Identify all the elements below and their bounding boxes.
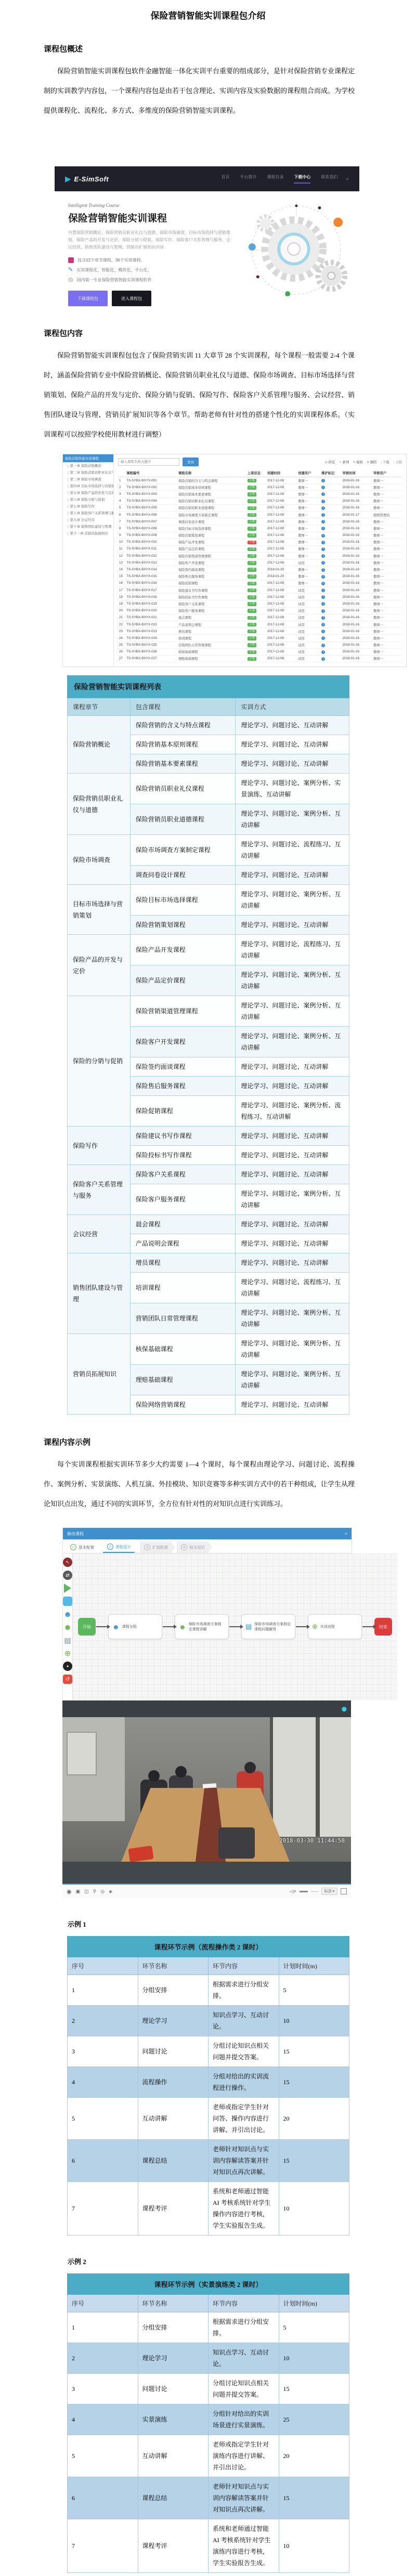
table-row: 2 理论学习 知识点学习、互动讨论。 10 (68, 2343, 349, 2374)
status-badge: 上架 (248, 630, 256, 634)
column-header: 创建用户 (297, 469, 320, 477)
column-header: 上架状态 (246, 469, 266, 477)
flow-arrow (163, 1626, 174, 1627)
content-paragraph: 保险营销智能实训课程包包含了保险营销实训 11 大章节 28 个实训课程，每个课… (44, 346, 355, 444)
chapter-cell: 会议经营 (68, 1215, 131, 1253)
course-name: 保险客户关系课程 (177, 600, 246, 607)
course-code: TS-SYBX-BXYX-015 (125, 573, 177, 580)
status-badge: 上架 (248, 595, 256, 599)
chapter-tree: 保险营销智能实训课程 ▯第一章 保险营销概论▯第二章 保险营销员职业礼仪与道德▯… (63, 454, 114, 666)
course-row[interactable]: 23 TS-SYBX-BXYX-023 增员课程 上架 2017-12-08 试… (118, 628, 402, 635)
snapshot-icon[interactable]: ▣ (76, 1889, 81, 1894)
course-code: TS-SYBX-BXYX-012 (125, 553, 177, 559)
designer-tab[interactable]: ✓基本配置 (66, 1541, 101, 1553)
course-row[interactable]: 2 TS-SYBX-BXYX-002 保险营销基本原则课程 上架 2017-12… (118, 484, 402, 491)
course-row[interactable]: 20 TS-SYBX-BXYX-020 保险客户服务课程 上架 2017-12-… (118, 607, 402, 614)
course-code: TS-SYBX-BXYX-016 (125, 580, 177, 586)
course-row[interactable]: 24 TS-SYBX-BXYX-024 培训课程 上架 2017-12-08 试… (118, 635, 402, 642)
volume-slider[interactable] (300, 1891, 308, 1892)
info-icon[interactable]: i (321, 595, 325, 599)
methods-cell: 理论学习、问题讨论、互动讲解 (236, 716, 349, 735)
chair (218, 1827, 255, 1859)
ptz-icon[interactable]: ◈ (109, 1889, 112, 1894)
course-code: TS-SYBX-BXYX-009 (125, 532, 177, 539)
course-row[interactable]: 21 TS-SYBX-BXYX-021 晨会课程 上架 2017-12-08 试… (118, 614, 402, 621)
group-node-icon[interactable]: ☻ (63, 1610, 72, 1619)
download-package-button[interactable]: 下载课程包 (68, 291, 108, 306)
course-row[interactable]: 16 TS-SYBX-BXYX-016 保险促销课程 上架 2017-12-08… (118, 580, 402, 586)
column-header: 环节内容 (209, 2295, 279, 2312)
file-icon: ▯ (67, 478, 69, 481)
nav-item[interactable]: 联系我们 (321, 174, 337, 184)
status-badge: 上架 (248, 574, 256, 579)
info-icon[interactable]: i (321, 575, 325, 579)
package-icon (68, 257, 74, 263)
table-row: 1 分组安排 根据需求进行分组安排。 5 (68, 1975, 349, 2006)
course-row[interactable]: 6 TS-SYBX-BXYX-006 保险市场调查方案制定课程 上架 2017-… (118, 511, 402, 518)
plus-icon: ＋ (339, 461, 342, 464)
course-cell: 保险市场调查方案制定课程 (130, 835, 236, 866)
document-node-icon[interactable]: ▤ (63, 1636, 72, 1645)
status-badge: 上架 (248, 582, 256, 586)
rect-node-icon[interactable] (63, 1597, 72, 1606)
info-icon[interactable]: i (321, 616, 325, 620)
course-designer-screenshot: 修改课程× ✓基本配置 2课程设计 3扩展配置 4相关知识 ↖ ⇄ ☻ ☻ ▤ … (62, 1527, 352, 1701)
info-icon[interactable]: i (321, 636, 325, 640)
banner-bullet: ◎国内第一专业保险营销智能实训课程软件 (68, 277, 233, 283)
pen-icon: ✎ (68, 267, 73, 273)
methods-cell: 理论学习、问题讨论、互动讲解 (236, 754, 349, 774)
table-title: 保险营销智能实训课程列表 (68, 676, 349, 698)
info-icon[interactable]: i (321, 657, 325, 661)
query-button[interactable]: 查询 (183, 457, 199, 466)
table-row: 销售团队建设与管理 增员课程 理论学习、问题讨论、互动讲解 (68, 1253, 349, 1273)
course-row[interactable]: 22 TS-SYBX-BXYX-022 产品说明会课程 上架 2017-12-0… (118, 621, 402, 627)
info-icon[interactable]: i (321, 561, 325, 565)
preview-button[interactable]: ⊙预览 (325, 460, 335, 464)
course-code: TS-SYBX-BXYX-006 (125, 511, 177, 518)
info-icon[interactable]: i (321, 644, 325, 647)
course-row[interactable]: 3 TS-SYBX-BXYX-003 保险营销基本要素课程 上架 2017-12… (118, 491, 402, 498)
brand-play-icon: ▶ (65, 174, 71, 184)
course-admin-screenshot: 保险营销智能实训课程 ▯第一章 保险营销概论▯第二章 保险营销员职业礼仪与道德▯… (62, 454, 407, 667)
methods-cell: 理论学习、问题讨论、互动讲解 (236, 1077, 349, 1096)
course-cell: 培训课程 (130, 1273, 236, 1303)
course-cell: 保险营销基本要素课程 (130, 754, 236, 774)
table-row: 保险写作 保险建议书写作课程 理论学习、问题讨论、互动讲解 (68, 1127, 349, 1146)
course-name: 保险营销策划课程 (177, 532, 246, 539)
course-name: 保险售后服务课程 (177, 573, 246, 580)
tree-chapter-item[interactable]: ▯第十一章 营销员拓展知识 (63, 530, 113, 537)
add-button[interactable]: ＋新增 (339, 460, 349, 464)
search-icon[interactable]: ⌕ (346, 176, 349, 182)
table-row: 会议经营 晨会课程 理论学习、问题讨论、互动讲解 (68, 1215, 349, 1234)
chapter-cell: 保险写作 (68, 1127, 131, 1165)
course-code: TS-SYBX-BXYX-011 (125, 545, 177, 552)
course-name: 保险投标书写作课程 (177, 594, 246, 600)
info-icon[interactable]: i (321, 609, 325, 613)
course-row[interactable]: 10 TS-SYBX-BXYX-010 保险产品开发课程 下架 2017-12-… (118, 539, 402, 545)
flow-node-lecture[interactable]: ☻保险市场调查方案制定课程讲解 (175, 1614, 229, 1639)
status-badge: 上架 (248, 657, 256, 661)
table-row: 2 理论学习 知识点学习、互动讨论。 10 (68, 2006, 349, 2036)
edit-button[interactable]: ✎编辑 (353, 460, 363, 464)
course-row[interactable]: 9 TS-SYBX-BXYX-009 保险营销策划课程 上架 2017-12-0… (118, 532, 402, 539)
course-row[interactable]: 13 TS-SYBX-BXYX-013 保险客户开发课程 上架 2017-12-… (118, 559, 402, 566)
upload-button[interactable]: ↑上传 (393, 460, 402, 464)
globe-icon: ⊕ (312, 1623, 318, 1631)
tree-chapter-item[interactable]: ▯第五章 保险产品的开发与定价 (63, 489, 113, 496)
info-icon[interactable]: i (321, 582, 325, 585)
person-speech-icon: ☻ (179, 1623, 186, 1631)
column-header: 实训方式 (236, 698, 349, 716)
flow-node-grouping[interactable]: ☻课程分组 (108, 1614, 162, 1639)
course-row[interactable]: 18 TS-SYBX-BXYX-018 保险投标书写作课程 上架 2017-12… (118, 594, 402, 600)
status-badge: 下架 (248, 541, 256, 545)
chapter-cell: 保险市场调查 (68, 835, 131, 885)
tree-root-item[interactable]: 保险营销智能实训课程 (63, 454, 113, 462)
course-code: TS-SYBX-BXYX-025 (125, 642, 177, 648)
course-code: TS-SYBX-BXYX-017 (125, 587, 177, 594)
volume-slider-rest (311, 1891, 318, 1892)
flow-start-node[interactable]: 开始 (78, 1618, 96, 1636)
course-name: 保险营销基本要素课程 (177, 491, 246, 498)
process-node-icon[interactable]: ⊕ (63, 1649, 72, 1658)
course-cell: 保险营销策划课程 (130, 916, 236, 935)
course-row[interactable]: 7 TS-SYBX-BXYX-007 调查问卷设计课程 上架 2017-12-0… (118, 518, 402, 525)
table-row: 4 实景演练 分组针对给出的实训场景进行实景演练。 25 (68, 2404, 349, 2435)
tree-chapter-item[interactable]: ▯第二章 保险营销员职业礼仪与道德 (63, 469, 113, 476)
status-badge: 上架 (248, 616, 256, 620)
column-header: 环节名称 (138, 1957, 209, 1975)
file-icon: ▯ (67, 491, 69, 495)
course-name: 营销团队日常管理课程 (177, 642, 246, 648)
course-row[interactable]: 19 TS-SYBX-BXYX-019 保险客户关系课程 上架 2017-12-… (118, 600, 402, 607)
file-icon: ▯ (67, 525, 69, 529)
tree-chapter-item[interactable]: ▯第三章 保险市场调查 (63, 476, 113, 482)
chapter-cell: 保险营销概论 (68, 716, 131, 774)
course-cell: 保险客户开发课程 (130, 1027, 236, 1057)
flow-arrow (229, 1626, 241, 1627)
course-cell: 保险营销的含义与特点课程 (130, 716, 236, 735)
course-cell: 核保基础课程 (130, 1334, 236, 1365)
course-row[interactable]: 25 TS-SYBX-BXYX-025 营销团队日常管理课程 上架 2017-1… (118, 642, 402, 648)
section-heading-example: 课程内容示例 (44, 1436, 416, 1447)
info-icon[interactable]: i (321, 513, 325, 517)
status-badge: 上架 (248, 520, 256, 524)
info-icon[interactable]: i (321, 500, 325, 503)
camera-icon[interactable]: ⬤ (342, 1706, 347, 1712)
course-cell: 保险网络营销课程 (130, 1395, 236, 1415)
designer-tab[interactable]: 3扩展配置 (140, 1541, 175, 1553)
course-row[interactable]: 8 TS-SYBX-BXYX-008 保险目标市场选择课程 上架 2017-12… (118, 525, 402, 532)
status-badge: 上架 (248, 609, 256, 613)
course-row[interactable]: 27 TS-SYBX-BXYX-027 理赔基础课程 上架 2017-12-08… (118, 655, 402, 662)
course-code: TS-SYBX-BXYX-022 (125, 621, 177, 627)
table-row: 保险客户关系管理与服务 保险客户关系课程 理论学习、问题讨论、互动讲解 (68, 1165, 349, 1184)
info-icon[interactable]: i (321, 479, 325, 482)
gear-illustration (233, 203, 354, 294)
info-icon[interactable]: i (321, 568, 325, 572)
tree-chapter-item[interactable]: ▯第八章 保险客户关系管理与服务 (63, 509, 113, 516)
course-cell: 理赔基础课程 (130, 1365, 236, 1395)
tree-chapter-item[interactable]: ▯第四章 目标市场选择与营销策划 (63, 482, 113, 489)
table-row: 6 课程总结 老师针对知识点与实训内容解读答案并针对知识点再次讲解。 15 (68, 2477, 349, 2519)
file-icon: ▯ (67, 464, 69, 468)
methods-cell: 理论学习、问题讨论、案例分析、实景演练、互动讲解 (236, 774, 349, 804)
methods-cell: 理论学习、问题讨论、互动讲解 (236, 916, 349, 935)
file-icon: ▯ (67, 471, 69, 475)
column-header: 创建时间 (266, 469, 297, 477)
website-menu: 首页平台简介课程目录下载中心联系我们 (221, 174, 337, 184)
lecture-node-icon[interactable]: ☻ (63, 1623, 72, 1632)
example1-table: 课程环节示例（流程操作类 2 课时） 序号 环节名称 环节内容 计划时间(m) … (67, 1936, 349, 2235)
course-cell: 增员课程 (130, 1253, 236, 1273)
flow-node-process[interactable]: ⊕实训流程 (308, 1614, 362, 1639)
flow-arrow (296, 1626, 307, 1627)
status-badge: 上架 (248, 650, 256, 655)
quality-button[interactable]: 标清 ▾ (321, 1888, 337, 1895)
designer-tab[interactable]: 2课程设计 (103, 1541, 138, 1553)
website-screenshot: ▶ E-SimSoft 首页平台简介课程目录下载中心联系我们 ⌕ Intelli… (55, 166, 359, 306)
course-code: TS-SYBX-BXYX-008 (125, 525, 177, 532)
table-row: 营销员拓展知识 核保基础课程 理论学习、问题讨论、案例分析、互动讲解 (68, 1334, 349, 1365)
methods-cell: 理论学习、问题讨论、案例分析、互动讲解 (236, 885, 349, 916)
info-icon[interactable]: i (321, 554, 325, 558)
file-icon: ▯ (67, 505, 69, 508)
chapter-cell: 保险产品的开发与定价 (68, 935, 131, 996)
status-badge: 上架 (248, 499, 256, 503)
course-code: TS-SYBX-BXYX-023 (125, 628, 177, 635)
course-row[interactable]: 15 TS-SYBX-BXYX-015 保险售后服务课程 上架 2018-01-… (118, 573, 402, 580)
section-heading-overview: 课程包概述 (44, 43, 416, 54)
info-icon[interactable]: i (321, 602, 325, 606)
course-cell: 保险目标市场选择课程 (130, 885, 236, 916)
course-code: TS-SYBX-BXYX-013 (125, 559, 177, 566)
info-icon[interactable]: i (321, 506, 325, 510)
status-badge: 上架 (248, 589, 256, 593)
course-cell: 保险建议书写作课程 (130, 1127, 236, 1146)
course-cell: 晨会课程 (130, 1215, 236, 1234)
column-header: 序号 (68, 1957, 138, 1975)
course-cell: 保险售后服务课程 (130, 1077, 236, 1096)
course-row[interactable]: 11 TS-SYBX-BXYX-011 保险产品定价课程 上架 2017-12-… (118, 545, 402, 552)
table-row: 6 课程总结 老师针对知识点与实训内容解读答案并针对知识点再次讲解。 15 (68, 2140, 349, 2182)
example2-label: 示例 2 (68, 2256, 416, 2266)
video-timestamp: 2018-03-30 11:44:58 (279, 1837, 345, 1844)
course-code: TS-SYBX-BXYX-019 (125, 600, 177, 607)
banner-bullet: ✎实训课程化、智能化、模块化、平台化。 (68, 267, 233, 273)
download-icon: ↓ (381, 461, 382, 464)
settings-icon[interactable]: ◎ (100, 1889, 105, 1894)
info-icon[interactable]: i (321, 623, 325, 626)
chapter-cell: 保险的分销与促销 (68, 996, 131, 1127)
methods-cell: 理论学习、问题讨论、案例分析、互动讲解 (236, 965, 349, 996)
info-icon[interactable]: i (321, 527, 325, 530)
table-row: 保险的分销与促销 保险营销渠道管理课程 理论学习、问题讨论、案例分析、互动讲解 (68, 996, 349, 1027)
close-icon[interactable]: × (345, 1531, 347, 1536)
course-row[interactable]: 14 TS-SYBX-BXYX-014 保险签约面谈课程 上架 2018-01-… (118, 566, 402, 573)
designer-tab[interactable]: 4相关知识 (177, 1541, 212, 1553)
select-cursor-icon[interactable]: ↖ (63, 1558, 72, 1567)
course-code: TS-SYBX-BXYX-005 (125, 504, 177, 511)
flow-arrow (362, 1626, 374, 1627)
edit-icon: ✎ (353, 461, 356, 464)
course-name: 保险产品定价课程 (177, 545, 246, 552)
course-code: TS-SYBX-BXYX-018 (125, 594, 177, 600)
window-title: 修改课程 (67, 1531, 84, 1537)
course-row[interactable]: 12 TS-SYBX-BXYX-012 保险营销渠道管理课程 上架 2017-1… (118, 553, 402, 559)
course-cell: 产品说明会课程 (130, 1234, 236, 1253)
nav-item[interactable]: 平台简介 (240, 174, 256, 184)
info-icon[interactable]: i (321, 492, 325, 496)
volume-icon[interactable]: ◁× (290, 1889, 296, 1894)
document-pen-icon: ▤ (245, 1623, 252, 1631)
table-row: 保险营销概论 保险营销的含义与特点课程 理论学习、问题讨论、互动讲解 (68, 716, 349, 735)
course-name: 保险客户服务课程 (177, 607, 246, 614)
download-button[interactable]: ↓下载 (381, 460, 389, 464)
info-icon[interactable]: i (321, 520, 325, 524)
status-badge: 上架 (248, 554, 256, 558)
info-icon[interactable]: i (321, 486, 325, 489)
status-badge: 上架 (248, 602, 256, 606)
video-controls: ◉ ▣ ◫ ⚲ ◎ ◈ ◁× 标清 ▾ (62, 1884, 351, 1898)
tree-chapter-item[interactable]: ▯第六章 保险分销与促销 (63, 496, 113, 503)
tree-chapter-item[interactable]: ▯第七章 保险写作 (63, 503, 113, 509)
methods-cell: 理论学习、问题讨论、案例分析、互动讲解 (236, 1027, 349, 1057)
table-row: 保险营销员职业礼仪与道德 保险营销员职业礼仪课程 理论学习、问题讨论、案例分析、… (68, 774, 349, 804)
status-badge: 上架 (248, 486, 256, 490)
tree-chapter-item[interactable]: ▯第一章 保险营销概论 (63, 462, 113, 469)
course-admin-table: 课程编号课程名称上架状态创建时间创建用户维护标记审核时间审核用户 1 TS-SY… (118, 469, 402, 662)
methods-cell: 理论学习、问题讨论、流程练习、互动讲解 (236, 935, 349, 965)
start-node-icon[interactable] (64, 1584, 71, 1593)
column-header: 序号 (68, 2295, 138, 2312)
course-row[interactable]: 17 TS-SYBX-BXYX-017 保险建议书写作课程 上架 2017-12… (118, 587, 402, 594)
methods-cell: 理论学习、问题讨论、互动讲解 (236, 1057, 349, 1077)
example2-table: 课程环节示例（实景演练类 2 课时） 序号 环节名称 环节内容 计划时间(m) … (67, 2273, 349, 2573)
course-row[interactable]: 4 TS-SYBX-BXYX-004 保险营销员职业礼仪课程 上架 2017-1… (118, 498, 402, 504)
course-cell: 保险产品开发课程 (130, 935, 236, 965)
flow-end-node[interactable]: 结束 (374, 1618, 392, 1636)
course-code: TS-SYBX-BXYX-014 (125, 566, 177, 573)
course-search-input[interactable] (118, 458, 179, 466)
course-cell: 保险营销员职业道德课程 (130, 804, 236, 835)
course-cell: 营销团队日常管理课程 (130, 1303, 236, 1334)
enter-package-button[interactable]: 进入课程包 (112, 291, 151, 306)
file-icon: ▯ (67, 485, 69, 488)
status-badge: 上架 (248, 479, 256, 483)
chapter-cell: 销售团队建设与管理 (68, 1253, 131, 1334)
methods-cell: 理论学习、问题讨论、流程练习、互动讲解 (236, 835, 349, 866)
info-icon[interactable]: i (321, 630, 325, 633)
website-navbar: ▶ E-SimSoft 首页平台简介课程目录下载中心联系我们 ⌕ (55, 166, 359, 191)
course-name: 保险营销的含义与特点课程 (177, 477, 246, 484)
course-name: 保险客户开发课程 (177, 559, 246, 566)
info-icon[interactable]: i (321, 650, 325, 654)
table-row: 5 互动讲解 老师或指定学生针对问答、操作内容进行讲解、并引出讨论。 20 (68, 2098, 349, 2140)
course-code: TS-SYBX-BXYX-001 (125, 477, 177, 484)
connector-icon[interactable]: ⇄ (63, 1571, 72, 1580)
flow-arrow (96, 1626, 108, 1627)
course-cell: 保险客户关系课程 (130, 1165, 236, 1184)
nav-item[interactable]: 课程目录 (267, 174, 283, 184)
info-icon[interactable]: i (321, 589, 325, 592)
flow-node-qa[interactable]: ▤保险市场调查方案制定课程问题解答 (241, 1614, 295, 1639)
table-row: 1 分组安排 根据需求进行分组安排。 5 (68, 2312, 349, 2343)
file-icon: ▯ (67, 498, 69, 502)
tree-chapter-item[interactable]: ▯第九章 会议经营 (63, 516, 113, 523)
methods-cell: 理论学习、问题讨论、案例分析、互动讲解 (236, 1334, 349, 1365)
course-cell: 保险投标书写作课程 (130, 1146, 236, 1165)
status-badge: 上架 (248, 513, 256, 517)
course-row[interactable]: 26 TS-SYBX-BXYX-026 核保基础课程 上架 2017-12-08… (118, 648, 402, 655)
end-node-icon[interactable]: ↺ (63, 1675, 72, 1684)
methods-cell: 理论学习、问题讨论、互动讲解 (236, 1127, 349, 1146)
methods-cell: 理论学习、问题讨论、互动讲解 (236, 1215, 349, 1234)
methods-cell: 理论学习、问题讨论、案例分析、互动讲解 (236, 996, 349, 1027)
course-name: 核保基础课程 (177, 648, 246, 655)
course-name: 晨会课程 (177, 614, 246, 621)
table-row: 3 问题讨论 分组讨论知识点相关问题并提交答案。 15 (68, 2374, 349, 2404)
record-icon[interactable]: ◫ (84, 1889, 89, 1894)
flow-canvas[interactable]: 开始 ☻课程分组 ☻保险市场调查方案制定课程讲解 ▤保险市场调查方案制定课程问题… (73, 1553, 397, 1700)
column-header: 维护标记 (320, 469, 341, 477)
course-row[interactable]: 1 TS-SYBX-BXYX-001 保险营销的含义与特点课程 上架 2017-… (118, 477, 402, 484)
mic-icon[interactable]: ⚲ (93, 1889, 97, 1894)
course-code: TS-SYBX-BXYX-004 (125, 498, 177, 504)
table-row: 7 课程考评 系统和老师通过智能 AI 考核系统针对学生演练内容进行考核，学生实… (68, 2519, 349, 2573)
nav-item[interactable]: 下载中心 (294, 174, 310, 184)
course-name: 保险营销员职业道德课程 (177, 504, 246, 511)
course-name: 产品说明会课程 (177, 621, 246, 627)
methods-cell: 理论学习、问题讨论、互动讲解 (236, 1165, 349, 1184)
record-node-icon[interactable]: ● (63, 1662, 72, 1671)
row-number-header (118, 469, 125, 477)
bulb-icon: ◎ (68, 277, 73, 283)
course-name: 保险促销课程 (177, 580, 246, 586)
course-code: TS-SYBX-BXYX-010 (125, 539, 177, 545)
methods-cell: 理论学习、问题讨论、互动讲解 (236, 1395, 349, 1415)
stop-icon[interactable]: ◉ (67, 1888, 72, 1895)
course-cell: 保险营销基本原则课程 (130, 735, 236, 754)
info-icon[interactable]: i (321, 534, 325, 538)
course-cell: 保险营销渠道管理课程 (130, 996, 236, 1027)
course-name: 保险目标市场选择课程 (177, 525, 246, 532)
course-cell: 保险客户服务课程 (130, 1184, 236, 1215)
delete-button[interactable]: ✕删除 (367, 460, 376, 464)
column-header: 环节内容 (209, 1957, 279, 1975)
overview-paragraph: 保险营销智能实训课程包软件金融智能一体化实训平台重要的组成部分，是针对保险营销专… (44, 61, 355, 121)
file-icon: ▯ (67, 518, 69, 522)
status-badge: 上架 (248, 568, 256, 572)
section-heading-content: 课程包内容 (44, 328, 416, 338)
info-icon[interactable]: i (321, 541, 325, 544)
eye-icon: ⊙ (325, 461, 328, 464)
course-row[interactable]: 5 TS-SYBX-BXYX-005 保险营销员职业道德课程 上架 2017-1… (118, 504, 402, 511)
info-icon[interactable]: i (321, 547, 325, 551)
fullscreen-icon[interactable] (341, 1888, 347, 1894)
methods-cell: 理论学习、问题讨论、案例分析、互动讲解 (236, 1303, 349, 1334)
table-title: 课程环节示例（实景演练类 2 课时） (68, 2274, 349, 2295)
nav-item[interactable]: 首页 (221, 174, 229, 184)
course-cell: 调查问卷设计课程 (130, 866, 236, 885)
tree-chapter-item[interactable]: ▯第十章 销售团队建设与管理 (63, 523, 113, 530)
chapter-cell: 目标市场选择与营销策划 (68, 885, 131, 935)
course-name: 理赔基础课程 (177, 655, 246, 662)
whiteboard (67, 1732, 97, 1775)
status-badge: 上架 (248, 643, 256, 647)
